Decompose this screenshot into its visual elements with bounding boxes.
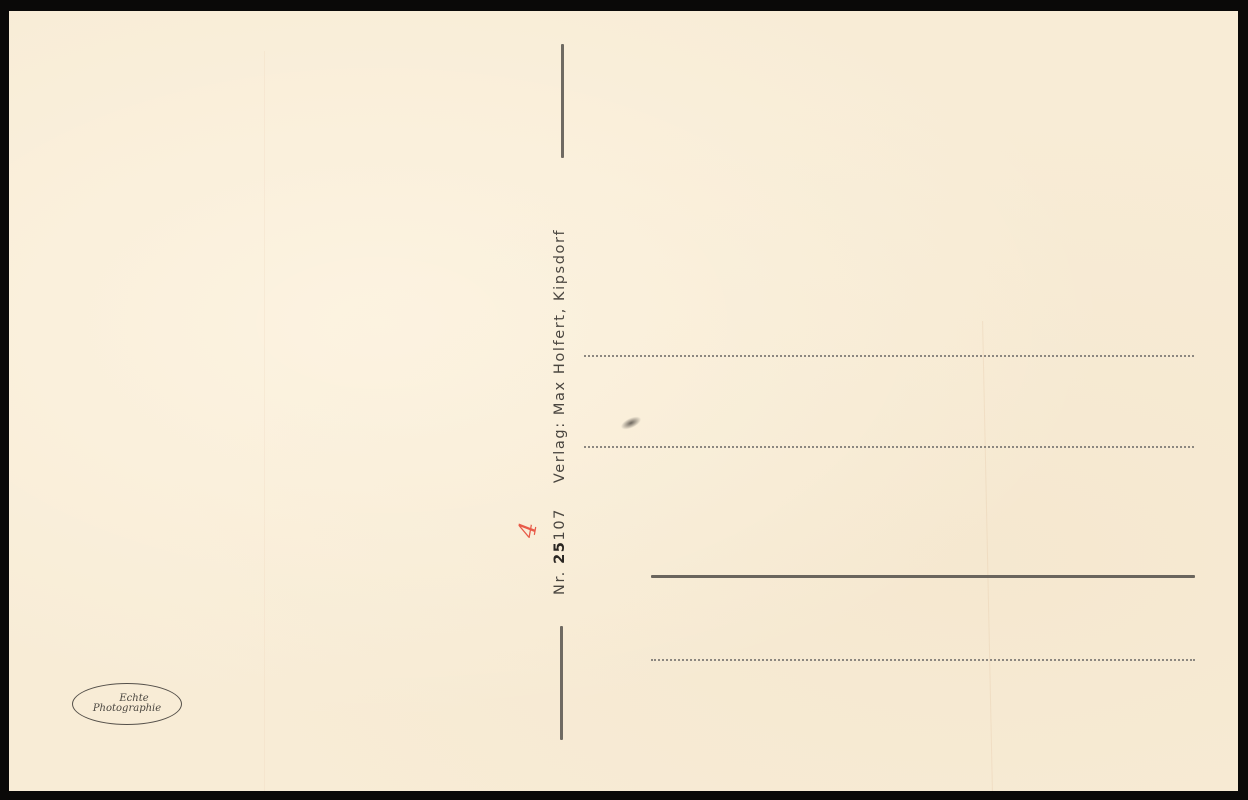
echte-photographie-stamp: Echte Photographie [72, 683, 182, 725]
divider-rule-top [561, 44, 564, 158]
publisher-name: Verlag: Max Holfert, Kipsdorf [552, 229, 568, 483]
stamp-line-2: Photographie [93, 704, 161, 715]
paper-fiber-line [264, 51, 265, 791]
address-line-2 [584, 446, 1194, 448]
paper-fiber-line [982, 321, 993, 791]
number-prefix: Nr. [552, 570, 568, 595]
publisher-imprint: Nr. 25107 Verlag: Max Holfert, Kipsdorf [552, 229, 568, 595]
number-rest: 107 [552, 508, 568, 540]
address-line-1 [584, 355, 1194, 357]
address-line-3 [651, 575, 1195, 578]
divider-rule-bottom [560, 626, 563, 740]
number-bold-part: 25 [552, 541, 568, 564]
address-line-4 [651, 659, 1195, 661]
postcard-back [9, 11, 1238, 791]
